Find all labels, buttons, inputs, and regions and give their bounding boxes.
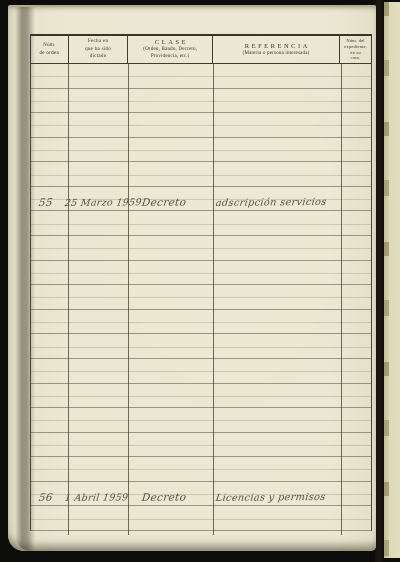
table-header-row: Núm. de orden Fecha en que ha sido dicta…: [30, 34, 372, 64]
header-referencia-subtitle: (Materia o persona interesada): [243, 51, 310, 58]
entry-date: 1 Abril 1959: [64, 492, 129, 504]
table-row: [31, 310, 371, 335]
registry-table: Núm. de orden Fecha en que ha sido dicta…: [30, 34, 372, 531]
table-row: [31, 285, 371, 310]
table-row: [31, 138, 371, 163]
ledger-page: Núm. de orden Fecha en que ha sido dicta…: [8, 5, 376, 551]
header-referencia: REFERENCIA (Materia o persona interesada…: [213, 36, 340, 63]
table-body: [30, 64, 372, 531]
table-row: [31, 236, 371, 261]
table-row: [31, 211, 371, 236]
header-fecha: Fecha en que ha sido dictado: [69, 36, 129, 63]
entry-date: 25 Marzo 1959: [64, 197, 142, 209]
header-num-expediente: Núm. del expediente, en su caso.: [340, 36, 371, 63]
table-row: [31, 457, 371, 482]
entry-reference: Licencias y permisos: [215, 492, 326, 504]
table-row: [31, 408, 371, 433]
ledger-entry-56: 56 1 Abril 1959 Decreto Licencias y perm…: [30, 482, 372, 507]
entry-reference: adscripción servicios: [215, 197, 327, 209]
table-row: [31, 334, 371, 359]
table-row: [31, 64, 371, 89]
header-num-orden: Núm. de orden: [31, 36, 69, 63]
table-row: [31, 89, 371, 114]
header-referencia-title: REFERENCIA: [242, 42, 310, 51]
table-row: [31, 113, 371, 138]
table-row: [31, 359, 371, 384]
ledger-entry-55: 55 25 Marzo 1959 Decreto adscripción ser…: [30, 187, 372, 212]
book-page-gap-shadow: [375, 0, 384, 562]
column-divider: [68, 64, 69, 535]
next-page-edge: [384, 2, 400, 558]
column-divider: [341, 64, 342, 535]
column-divider: [128, 64, 129, 535]
column-divider: [213, 64, 214, 535]
table-row: [31, 384, 371, 409]
entry-class: Decreto: [141, 197, 187, 209]
table-row: [31, 261, 371, 286]
table-row: [31, 506, 371, 531]
entry-number: 55: [38, 197, 54, 209]
entry-number: 56: [38, 492, 54, 504]
table-row: [31, 162, 371, 187]
header-clase-subtitle: (Orden, Bando, Decreto, Providencia, etc…: [143, 47, 197, 61]
header-clase: CLASE (Orden, Bando, Decreto, Providenci…: [128, 36, 213, 63]
table-row: [31, 433, 371, 458]
entry-class: Decreto: [141, 492, 187, 504]
page-edge-texture: [384, 2, 389, 558]
header-clase-title: CLASE: [152, 38, 188, 47]
